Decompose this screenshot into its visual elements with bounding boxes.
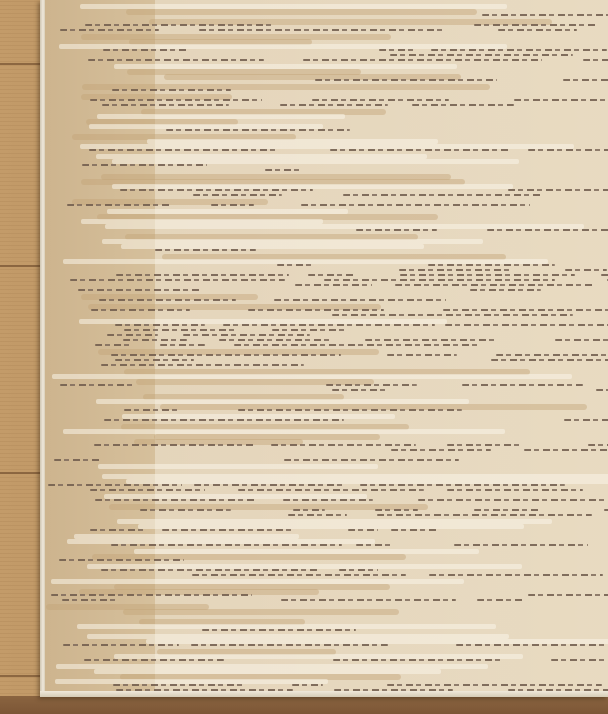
rug-stripe <box>85 24 275 26</box>
rug-stripe <box>399 269 512 271</box>
rug-stripe <box>379 49 414 51</box>
rug-stripe <box>387 354 457 356</box>
rug-stripe <box>428 264 555 266</box>
rug-stripe <box>496 354 608 356</box>
rug-stripe <box>223 324 435 326</box>
rug-stripe <box>528 594 608 596</box>
wood-floor-bottom-band <box>0 696 608 714</box>
rug-stripe <box>283 499 373 501</box>
rug-stripe <box>115 324 205 326</box>
rug-stripe <box>104 419 344 421</box>
rug-stripe <box>234 344 478 346</box>
rug-stripe <box>120 189 313 191</box>
rug-stripe <box>113 684 246 686</box>
rug-stripe <box>162 529 295 531</box>
rug-stripe <box>193 194 282 196</box>
rug-stripe <box>429 574 603 576</box>
rug-stripe <box>211 204 254 206</box>
rug-stripe <box>356 229 437 231</box>
rug-stripe <box>528 149 608 151</box>
rug-stripe <box>51 594 252 596</box>
rug-stripe <box>54 459 101 461</box>
rug-stripe <box>498 29 577 31</box>
rug-stripe <box>301 204 530 206</box>
product-photo <box>0 0 608 714</box>
rug-stripe <box>588 444 608 446</box>
rug-stripe <box>124 409 181 411</box>
rug-stripe <box>62 599 117 601</box>
rug-stripe <box>90 529 146 531</box>
floor-plank-seam <box>0 675 44 677</box>
rug-stripe <box>293 509 325 511</box>
rug-stripe <box>474 24 596 26</box>
rug-stripe <box>238 489 424 491</box>
rug-stripe <box>123 339 187 341</box>
rug-stripe <box>288 514 347 516</box>
rug-stripe <box>377 514 592 516</box>
rug-stripe <box>391 529 439 531</box>
rug-stripe <box>445 324 608 326</box>
rug-stripe <box>295 284 372 286</box>
rug-binding-left <box>40 0 45 697</box>
rug-stripe <box>67 204 172 206</box>
rug-stripe <box>70 279 285 281</box>
rug-stripe <box>111 354 341 356</box>
floor-plank-seam <box>0 63 44 65</box>
rug-stripe <box>272 329 347 331</box>
rug-stripe <box>470 289 541 291</box>
rug-stripe <box>412 104 514 106</box>
rug-tan-band <box>126 9 477 15</box>
rug-stripe <box>563 79 608 81</box>
rug-stripe <box>308 274 356 276</box>
rug-stripe <box>326 384 417 386</box>
rug-stripe <box>48 484 182 486</box>
rug-stripe <box>312 99 449 101</box>
rug-stripe <box>78 289 201 291</box>
rug-stripe <box>90 489 205 491</box>
rug-stripe <box>89 149 279 151</box>
rug-stripe <box>274 299 446 301</box>
rug-stripe <box>332 314 573 316</box>
rug-stripe <box>456 644 608 646</box>
rug-stripe <box>564 419 608 421</box>
rug-stripe <box>91 309 190 311</box>
rug-stripe <box>477 599 523 601</box>
rug-stripe <box>454 544 588 546</box>
rug-stripe <box>265 169 302 171</box>
rug-stripe <box>491 359 608 361</box>
rug-stripe <box>365 339 498 341</box>
rug-stripe <box>102 104 229 106</box>
rug-stripe <box>199 29 443 31</box>
rug-stripe <box>324 279 555 281</box>
rug-stripe <box>183 334 310 336</box>
rug-stripe <box>277 264 314 266</box>
rug-binding-bottom <box>40 691 608 697</box>
rug-stripe <box>284 459 459 461</box>
rug-stripe <box>95 499 255 501</box>
rug-tan-band <box>123 609 399 615</box>
rug-stripe <box>391 449 491 451</box>
rug-stripe <box>330 149 510 151</box>
rug-stripe <box>418 499 608 501</box>
rug-stripe <box>116 274 289 276</box>
rug-stripe <box>107 334 158 336</box>
rug-stripe <box>155 249 256 251</box>
rug-stripe <box>390 54 573 56</box>
rug-stripe <box>551 659 608 661</box>
rug-stripe <box>565 269 607 271</box>
rug-stripe <box>443 309 608 311</box>
rug-stripe <box>280 104 388 106</box>
rug-stripe <box>474 509 541 511</box>
rug-stripe <box>303 59 542 61</box>
rug-stripe <box>360 484 565 486</box>
floor-plank-seam <box>0 472 44 474</box>
rug-stripe <box>348 529 378 531</box>
rug-stripe <box>60 29 159 31</box>
rug-stripe <box>482 14 608 16</box>
rug-stripe <box>387 684 602 686</box>
rug-stripe <box>514 99 608 101</box>
rug-stripe <box>82 164 207 166</box>
rug-stripe <box>271 444 416 446</box>
rug-stripe <box>160 344 205 346</box>
rug-stripe <box>202 629 356 631</box>
rug-stripe <box>524 449 608 451</box>
rug-stripe <box>90 99 262 101</box>
rug-stripe <box>555 339 608 341</box>
rug-stripe <box>84 659 224 661</box>
rug-stripe <box>596 389 608 391</box>
rug-stripe <box>124 329 237 331</box>
rug-stripe <box>431 49 607 51</box>
floor-plank-seam <box>0 265 44 267</box>
rug-stripe <box>343 194 543 196</box>
rug-stripe <box>583 59 608 61</box>
rug-stripe <box>601 274 608 276</box>
rug-stripe <box>375 509 418 511</box>
rug-stripe <box>238 409 462 411</box>
rug-stripe <box>315 79 497 81</box>
rug-stripe <box>292 684 323 686</box>
rug-stripe <box>332 389 388 391</box>
rug-stripe <box>63 644 179 646</box>
rug-stripe <box>356 544 391 546</box>
rug-stripe <box>94 444 256 446</box>
rug-stripe <box>508 189 608 191</box>
rug-highlight <box>98 464 378 469</box>
rug-stripe <box>395 284 595 286</box>
rug-stripe <box>192 574 406 576</box>
rug <box>40 0 608 697</box>
rug-stripe <box>462 384 583 386</box>
rug-stripe <box>60 384 133 386</box>
rug-stripe <box>281 599 456 601</box>
rug-stripe <box>339 569 378 571</box>
rug-stripe <box>99 299 236 301</box>
rug-stripe <box>447 489 583 491</box>
rug-stripe <box>604 509 608 511</box>
rug-stripe <box>101 364 304 366</box>
rug-stripe <box>333 659 501 661</box>
rug-stripe <box>111 544 342 546</box>
rug-stripe <box>112 89 231 91</box>
rug-stripe <box>487 229 608 231</box>
rug-stripe <box>59 559 184 561</box>
rug-stripe <box>103 49 188 51</box>
rug-stripe <box>115 359 194 361</box>
rug-stripe <box>219 339 333 341</box>
rug-stripe <box>248 309 384 311</box>
rug-stripe <box>447 444 523 446</box>
rug-stripe <box>88 59 264 61</box>
rug-stripe <box>101 569 319 571</box>
rug-stripe <box>140 509 231 511</box>
rug-stripe <box>194 484 344 486</box>
rug-stripe <box>95 344 130 346</box>
rug-stripe <box>400 274 575 276</box>
rug-stripe <box>166 129 350 131</box>
rug-stripe <box>191 644 388 646</box>
